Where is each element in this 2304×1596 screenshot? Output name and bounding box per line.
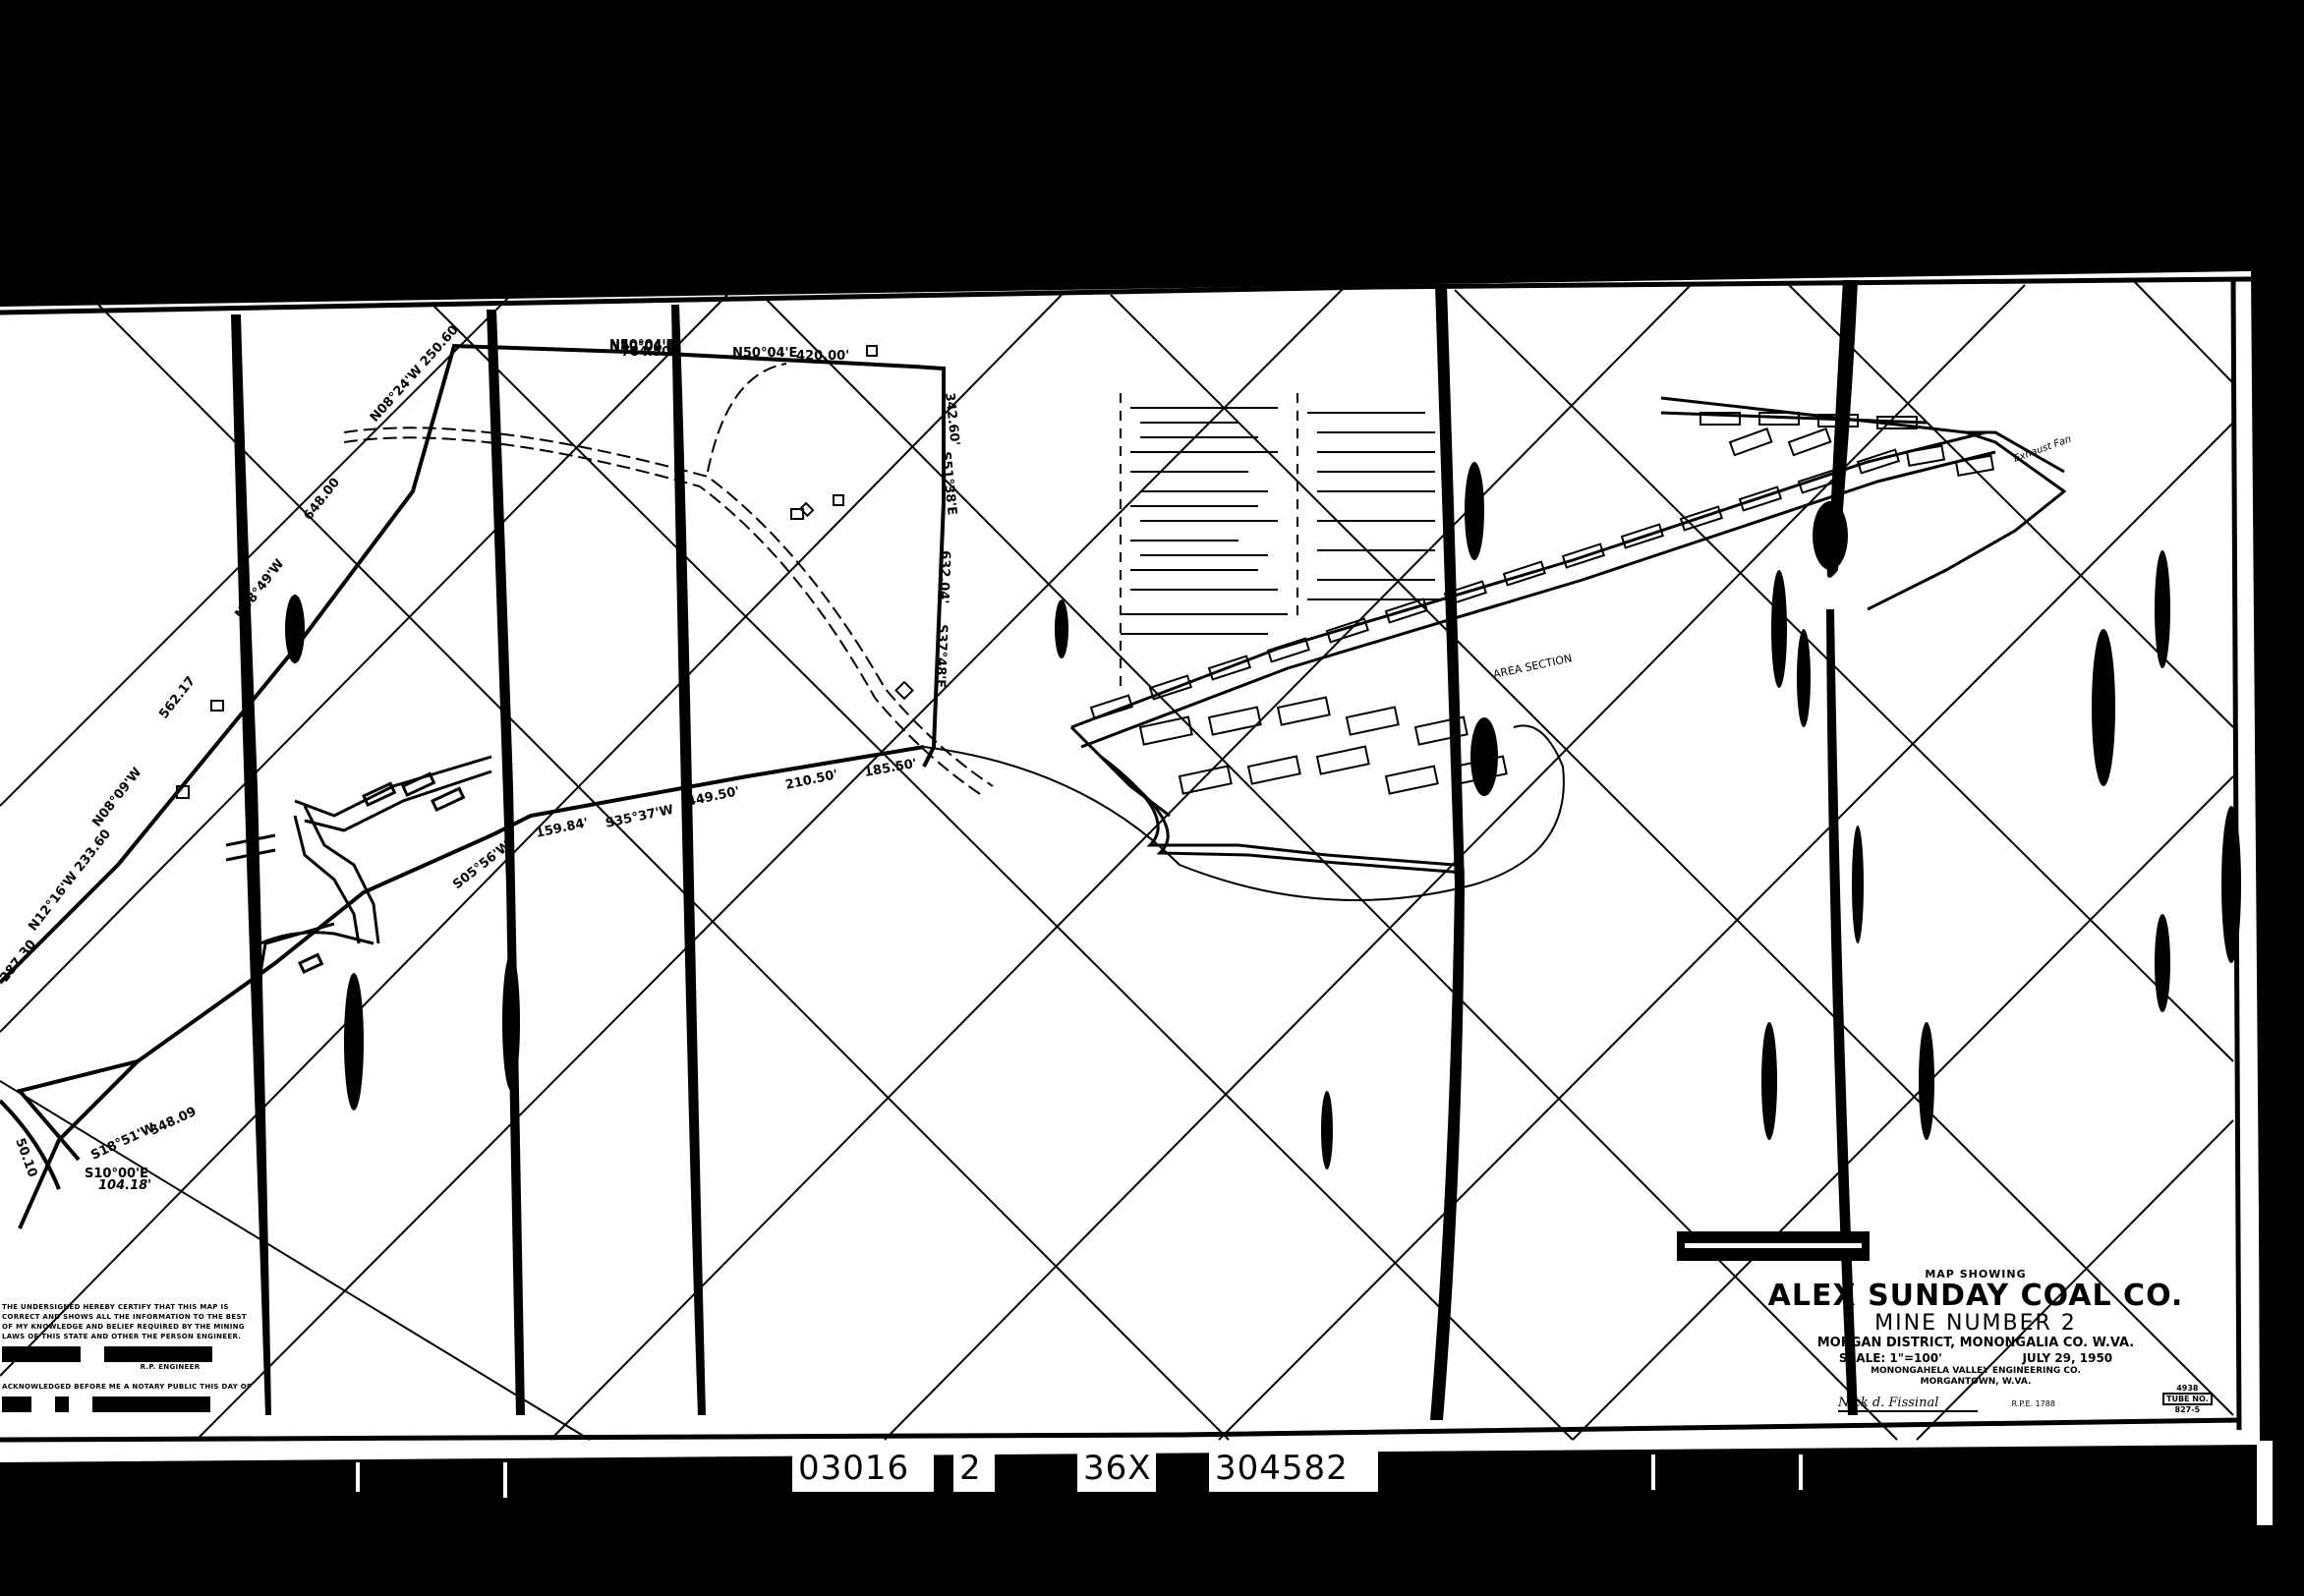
film-tick — [503, 1462, 507, 1498]
redaction-block — [104, 1346, 212, 1362]
tube-number-top: 4938 — [2162, 1384, 2213, 1393]
engineer-signature: Nick d. Fissinal — [1838, 1396, 1978, 1412]
film-reel-number: 03016 — [792, 1447, 934, 1492]
certification-block: THE UNDERSIGNED HEREBY CERTIFY THAT THIS… — [2, 1302, 259, 1412]
tube-number-bottom: 827-5 — [2162, 1405, 2213, 1414]
survey-label: S37°48'E — [933, 624, 950, 688]
engineer-city: MORGANTOWN, W.VA. — [1759, 1377, 2192, 1388]
redaction-block — [92, 1396, 210, 1412]
company-name: ALEX SUNDAY COAL CO. — [1759, 1281, 2192, 1312]
film-reduction: 36X — [1077, 1447, 1156, 1492]
map-scale: SCALE: 1"=100' — [1839, 1351, 1942, 1366]
survey-label: N50°04'E — [732, 346, 797, 361]
title-block: MAP SHOWING ALEX SUNDAY COAL CO. MINE NU… — [1759, 1268, 2192, 1410]
notary-text: ACKNOWLEDGED BEFORE ME A NOTARY PUBLIC T… — [2, 1382, 259, 1392]
film-tick — [356, 1462, 360, 1492]
tube-stamp: 4938 TUBE NO. 827-5 — [2162, 1384, 2213, 1414]
film-document-id: 304582 — [1209, 1447, 1378, 1492]
engineer-registration: R.P.E. 1788 — [2012, 1399, 2055, 1408]
survey-label: 784.50' — [621, 345, 674, 360]
film-tick — [2257, 1441, 2273, 1525]
certification-signer: R.P. ENGINEER — [81, 1362, 259, 1372]
scale-bar — [1677, 1231, 1870, 1261]
redaction-block — [2, 1346, 81, 1362]
film-frame-number: 2 — [953, 1447, 995, 1492]
survey-label: 104.18' — [98, 1178, 151, 1193]
tube-label: TUBE NO. — [2162, 1393, 2213, 1405]
mine-number: MINE NUMBER 2 — [1759, 1312, 2192, 1336]
district: MORGAN DISTRICT, MONONGALIA CO. W.VA. — [1759, 1336, 2192, 1351]
survey-label: 632.04' — [936, 550, 952, 604]
redaction-block — [55, 1396, 69, 1412]
survey-label: 420.00' — [796, 349, 849, 364]
map-date: JULY 29, 1950 — [2022, 1351, 2112, 1366]
engineer-firm: MONONGAHELA VALLEY ENGINEERING CO. — [1759, 1366, 2192, 1377]
film-tick — [1651, 1454, 1655, 1490]
certification-text: THE UNDERSIGNED HEREBY CERTIFY THAT THIS… — [2, 1302, 259, 1341]
redaction-block — [2, 1396, 31, 1412]
film-tick — [1799, 1454, 1803, 1490]
